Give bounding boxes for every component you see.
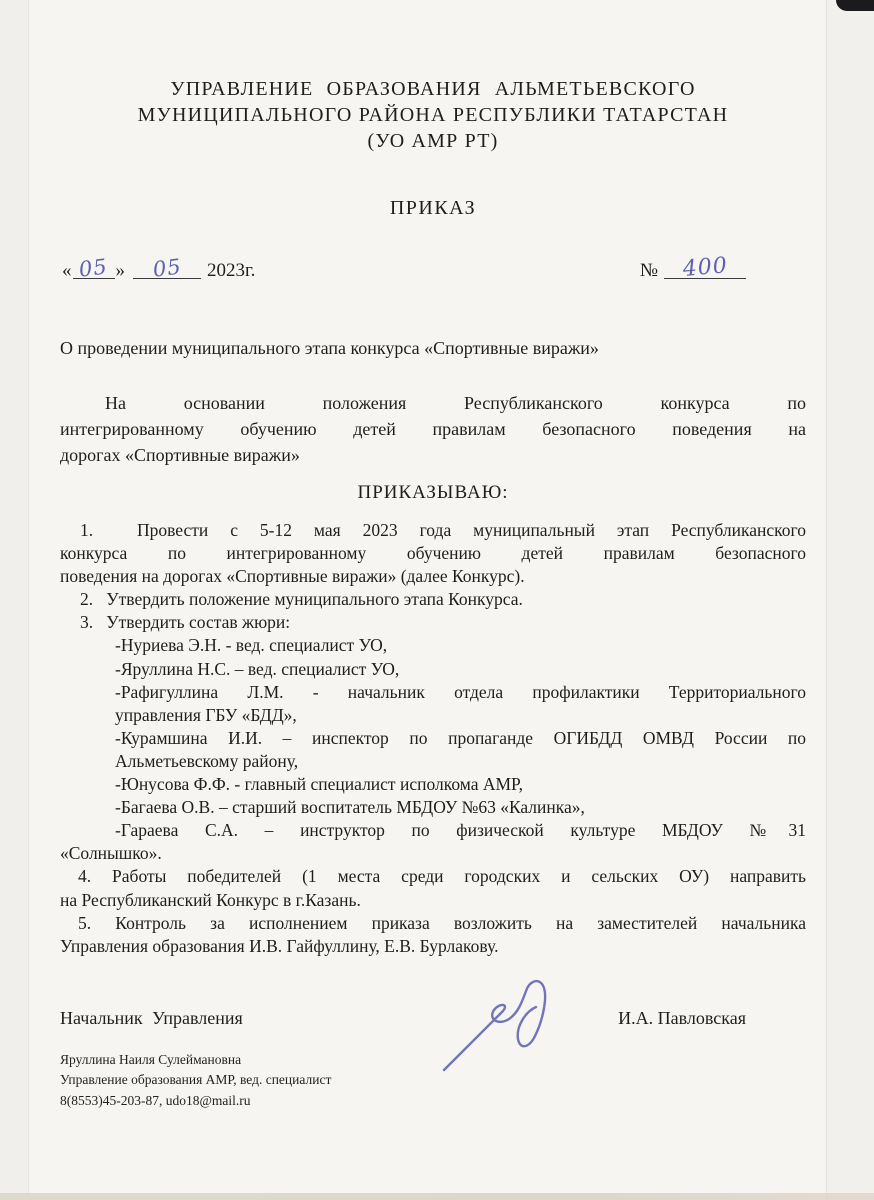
item1-line: поведения на дорогах «Спортивные виражи»… [60, 565, 806, 588]
org-name-line-1: УПРАВЛЕНИЕ ОБРАЗОВАНИЯ АЛЬМЕТЬЕВСКОГО [60, 76, 806, 102]
signatory-title: Начальник Управления [60, 1008, 243, 1029]
jury-member-wrap: управления ГБУ «БДД», [115, 704, 806, 727]
scan-corner-artifact [836, 0, 874, 11]
close-quote: » [116, 260, 126, 281]
item2: 2. Утвердить положение муниципального эт… [60, 588, 806, 611]
item4-line: на Республиканский Конкурс в г.Казань. [60, 889, 806, 912]
document-type-title: ПРИКАЗ [60, 197, 806, 220]
contact-footer: Яруллина Наиля Сулеймановна Управление о… [60, 1050, 806, 1111]
org-abbreviation: (УО АМР РТ) [60, 128, 806, 154]
preamble: На основании положения Республиканского … [60, 390, 806, 468]
preamble-line: интегрированному обучению детей правилам… [60, 416, 806, 442]
number-underline: 400 [664, 257, 746, 279]
item5-line: Управления образования И.В. Гайфуллину, … [60, 935, 806, 958]
resolution-word: ПРИКАЗЫВАЮ: [60, 482, 806, 504]
preamble-line: дорогах «Спортивные виражи» [60, 442, 806, 468]
item3: 3. Утвердить состав жюри: [60, 611, 806, 634]
jury-member-wrap: Альметьевскому району, [115, 750, 806, 773]
signature-row: Начальник Управления И.А. Павловская [60, 1008, 806, 1029]
jury-member-wrap: «Солнышко». [60, 842, 806, 865]
signatory-name: И.А. Павловская [618, 1008, 806, 1029]
preamble-line: На основании положения Республиканского … [60, 390, 806, 416]
item4-line: 4. Работы победителей (1 места среди гор… [60, 865, 806, 888]
org-header: УПРАВЛЕНИЕ ОБРАЗОВАНИЯ АЛЬМЕТЬЕВСКОГО МУ… [60, 76, 806, 154]
subject-line: О проведении муниципального этапа конкур… [60, 338, 806, 359]
number-field: №400 [640, 257, 806, 282]
contact-phone-email: 8(8553)45-203-87, udo18@mail.ru [60, 1091, 806, 1111]
jury-member: -Нуриева Э.Н. - вед. специалист УО, [115, 634, 806, 657]
jury-member: -Багаева О.В. – старший воспитатель МБДО… [115, 796, 806, 819]
jury-member: -Курамшина И.И. – инспектор по пропаганд… [115, 727, 806, 750]
contact-name: Яруллина Наиля Сулеймановна [60, 1050, 806, 1070]
item5-line: 5. Контроль за исполнением приказа возло… [60, 912, 806, 935]
open-quote: « [62, 260, 72, 281]
jury-member: -Рафигуллина Л.М. - начальник отдела про… [115, 681, 806, 704]
order-items: 1. Провести с 5-12 мая 2023 года муницип… [60, 519, 806, 958]
handwritten-month: 05 [151, 254, 182, 281]
date-field: «05»052023г. [62, 257, 255, 282]
handwritten-day: 05 [78, 254, 109, 281]
month-underline: 05 [133, 257, 201, 279]
number-label: № [640, 260, 658, 281]
handwritten-number: 400 [681, 253, 728, 282]
jury-member: -Яруллина Н.С. – вед. специалист УО, [115, 658, 806, 681]
scanned-document-page: УПРАВЛЕНИЕ ОБРАЗОВАНИЯ АЛЬМЕТЬЕВСКОГО МУ… [0, 0, 874, 1200]
date-number-row: «05»052023г. №400 [62, 257, 806, 282]
jury-member: -Гараева С.А. – инструктор по физической… [115, 819, 806, 842]
scan-left-edge-artifact [0, 0, 29, 1200]
jury-member: -Юнусова Ф.Ф. - главный специалист испол… [115, 773, 806, 796]
scan-bottom-edge-artifact [0, 1193, 874, 1200]
item1-line: конкурса по интегрированному обучению де… [60, 542, 806, 565]
org-name-line-2: МУНИЦИПАЛЬНОГО РАЙОНА РЕСПУБЛИКИ ТАТАРСТ… [60, 102, 806, 128]
day-underline: 05 [73, 257, 115, 279]
contact-org: Управление образования АМР, вед. специал… [60, 1070, 806, 1090]
year-text: 2023г. [207, 260, 255, 281]
item1-line: 1. Провести с 5-12 мая 2023 года муницип… [60, 519, 806, 542]
scan-right-edge-artifact [826, 0, 874, 1200]
